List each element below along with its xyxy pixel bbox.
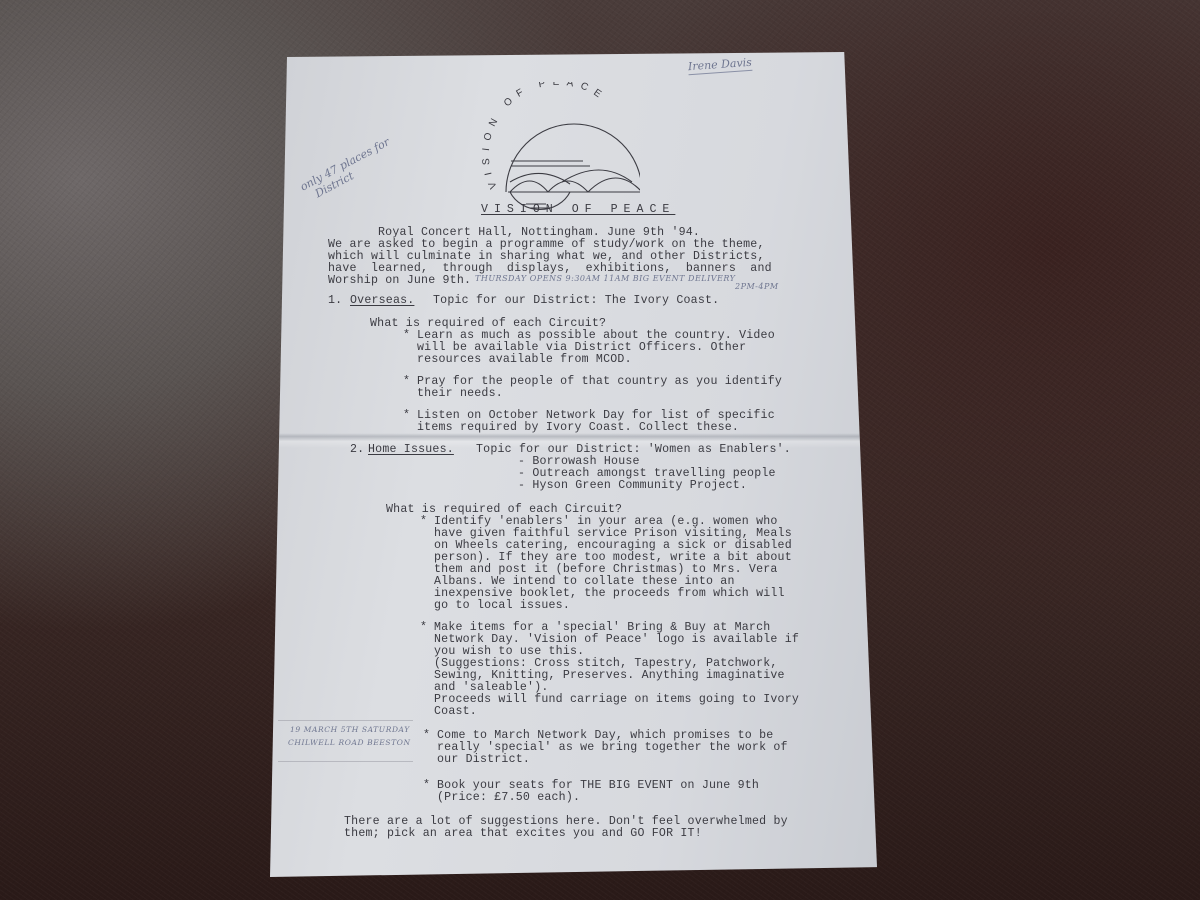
bullet-glyph: * [423, 730, 430, 742]
document-title: VISION OF PEACE [481, 204, 675, 216]
section-number: 2. [350, 444, 364, 456]
subtopic: - Hyson Green Community Project. [518, 480, 747, 492]
handwritten-march-note: 19 MARCH 5TH SATURDAY CHILWELL ROAD BEES… [278, 720, 413, 762]
bullet-line: Proceeds will fund carriage on items goi… [434, 694, 799, 706]
bullet-glyph: * [403, 376, 410, 388]
bullet-glyph: * [420, 622, 427, 634]
paper-sheet: Irene Davis VISION OF PEACE [270, 52, 877, 877]
handwritten-event-times-note: THURSDAY OPENS 9:30AM 11AM BIG EVENT DEL… [475, 274, 779, 291]
section-heading: Overseas. [350, 295, 414, 307]
intro-line: Worship on June 9th. [328, 275, 471, 287]
bullet-line: resources available from MCOD. [417, 354, 632, 366]
bullet-glyph: * [423, 780, 430, 792]
bullet-glyph: * [403, 330, 410, 342]
vision-of-peace-logo: VISION OF PEACE [470, 82, 640, 212]
bullet-line: their needs. [417, 388, 503, 400]
closing-line: them; pick an area that excites you and … [344, 828, 702, 840]
section-heading: Home Issues. [368, 444, 454, 456]
bullet-line: our District. [437, 754, 530, 766]
bullet-glyph: * [403, 410, 410, 422]
bullet-line: items required by Ivory Coast. Collect t… [417, 422, 739, 434]
section-number: 1. [328, 295, 342, 307]
handwritten-margin-note: only 47 places for District [298, 135, 398, 205]
bullet-glyph: * [420, 516, 427, 528]
bullet-line: (Price: £7.50 each). [437, 792, 580, 804]
bullet-line: go to local issues. [434, 600, 570, 612]
section-topic: Topic for our District: The Ivory Coast. [433, 295, 719, 307]
bullet-line: Coast. [434, 706, 477, 718]
handwritten-name-note: Irene Davis [688, 56, 753, 75]
